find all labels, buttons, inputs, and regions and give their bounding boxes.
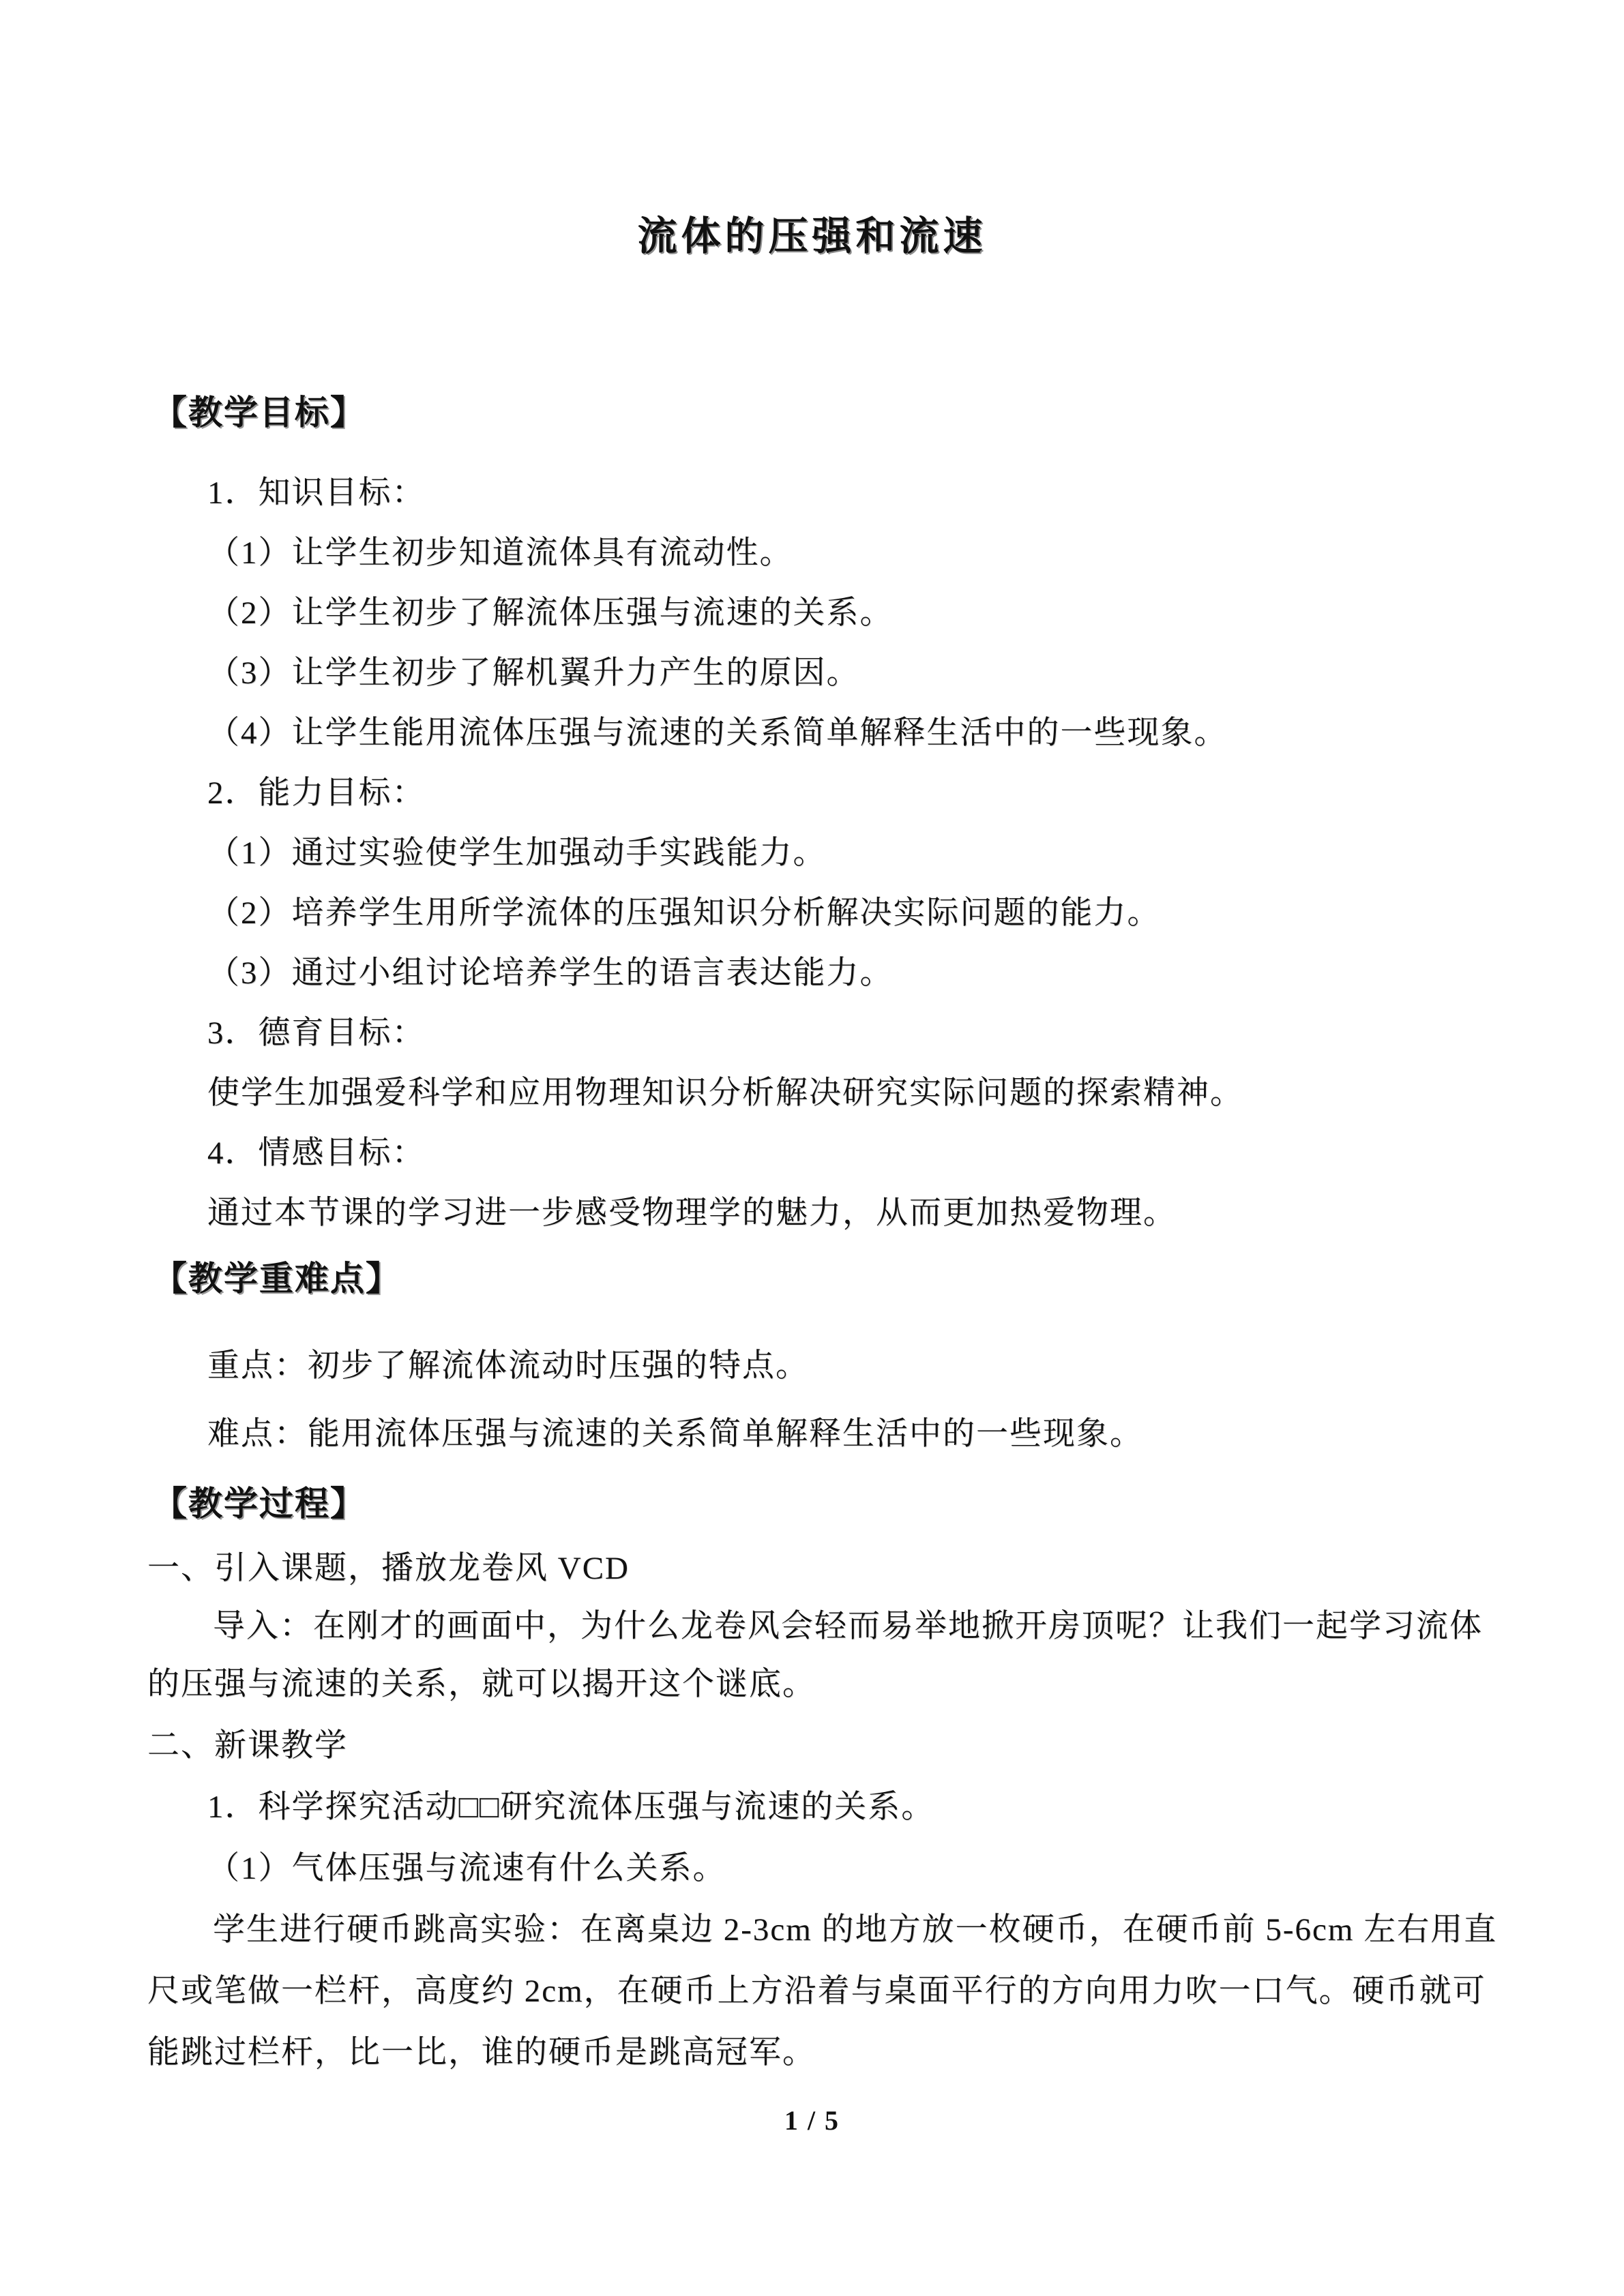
text-line: 使学生加强爱科学和应用物理知识分析解决研究实际问题的探索精神。 — [207, 1077, 1243, 1109]
text-line: 二、新课教学 — [147, 1730, 348, 1762]
text-line: （3）让学生初步了解机翼升力产生的原因。 — [207, 657, 860, 689]
text-line: （4）让学生能用流体压强与流速的关系简单解释生活中的一些现象。 — [207, 717, 1228, 749]
document-title: 流体的压强和流速 — [0, 217, 1624, 256]
text-line: 1．科学探究活动□□研究流体压强与流速的关系。 — [207, 1791, 934, 1823]
text-line: 2．能力目标： — [207, 777, 426, 809]
text-line: （2）让学生初步了解流体压强与流速的关系。 — [207, 597, 894, 629]
text-line: 通过本节课的学习进一步感受物理学的魅力，从而更加热爱物理。 — [207, 1197, 1177, 1229]
section-heading-key-points: 【教学重难点】 — [153, 1262, 401, 1296]
text-line: 3．德育目标： — [207, 1017, 426, 1049]
text-line: （1）让学生初步知道流体具有流动性。 — [207, 537, 793, 569]
text-line: （1）气体压强与流速有什么关系。 — [207, 1853, 726, 1885]
text-line: 导入：在刚才的画面中，为什么龙卷风会轻而易举地掀开房顶呢？让我们一起学习流体 — [213, 1611, 1483, 1643]
text-line: 能跳过栏杆，比一比，谁的硬币是跳高冠军。 — [147, 2037, 816, 2069]
section-heading-process: 【教学过程】 — [153, 1487, 366, 1521]
text-line: 4．情感目标： — [207, 1137, 426, 1169]
text-line: （2）培养学生用所学流体的压强知识分析解决实际问题的能力。 — [207, 897, 1161, 929]
page-number: 1 / 5 — [0, 2107, 1624, 2134]
text-line: 1．知识目标： — [207, 477, 426, 509]
text-line: 难点：能用流体压强与流速的关系简单解释生活中的一些现象。 — [207, 1418, 1143, 1450]
section-heading-objectives: 【教学目标】 — [153, 396, 366, 430]
text-line: （3）通过小组讨论培养学生的语言表达能力。 — [207, 957, 894, 989]
text-line: 的压强与流速的关系，就可以揭开这个谜底。 — [147, 1669, 816, 1701]
text-line: 学生进行硬币跳高实验：在离桌边 2-3cm 的地方放一枚硬币，在硬币前 5-6c… — [213, 1914, 1497, 1946]
text-line: （1）通过实验使学生加强动手实践能力。 — [207, 837, 827, 869]
text-line: 尺或笔做一栏杆，高度约 2cm，在硬币上方沿着与桌面平行的方向用力吹一口气。硬币… — [147, 1976, 1486, 2008]
document-page: 流体的压强和流速 【教学目标】 1．知识目标： （1）让学生初步知道流体具有流动… — [0, 0, 1624, 2296]
text-line: 重点：初步了解流体流动时压强的特点。 — [207, 1350, 809, 1382]
text-line: 一、引入课题，播放龙卷风 VCD — [147, 1553, 630, 1585]
